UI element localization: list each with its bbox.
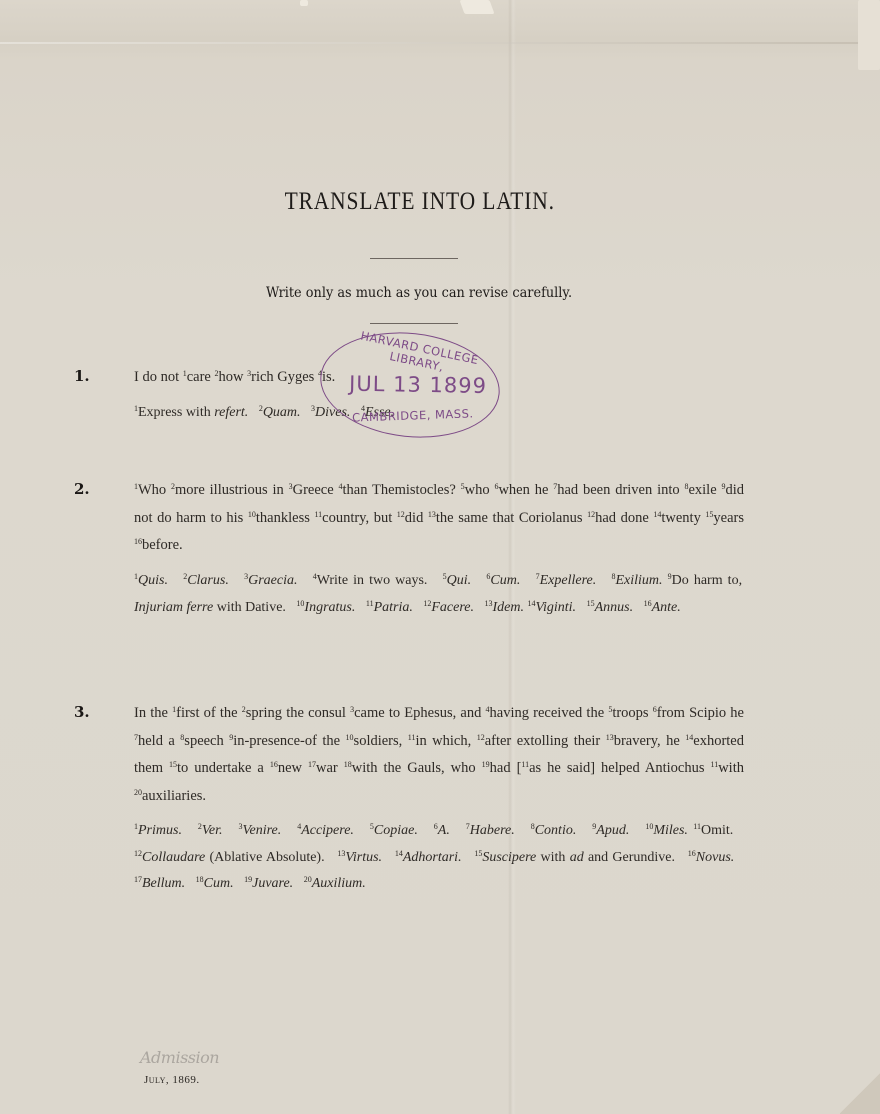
question-2: 2.1Who 2more illustrious in 3Greece 4tha… bbox=[104, 476, 744, 560]
question-number: 3. bbox=[104, 699, 134, 727]
stamp-date: JUL 13 1899 bbox=[343, 372, 493, 399]
horizontal-fold-crease bbox=[0, 42, 880, 44]
question-text: I do not 1care 2how 3rich Gyges 4is. bbox=[134, 369, 335, 385]
question-text: 1Who 2more illustrious in 3Greece 4than … bbox=[134, 482, 744, 553]
question-2-notes: 1Quis. 2Clarus. 3Graecia. 4Write in two … bbox=[134, 568, 742, 621]
paper-tear bbox=[300, 0, 308, 6]
question-number: 1. bbox=[104, 363, 134, 391]
paper-tear bbox=[459, 0, 494, 14]
divider-rule bbox=[370, 258, 458, 259]
footer-date: July, 1869. bbox=[144, 1074, 200, 1086]
question-3: 3.In the 1first of the 2spring the consu… bbox=[104, 699, 744, 810]
corner-fold bbox=[840, 1072, 880, 1114]
question-3-notes: 1Primus. 2Ver. 3Venire. 4Accipere. 5Copi… bbox=[134, 818, 742, 898]
divider-rule bbox=[370, 323, 458, 324]
stamp-bottom-text: CAMBRIDGE, MASS. bbox=[338, 406, 488, 425]
instruction-text: Write only as much as you can revise car… bbox=[34, 285, 805, 301]
question-text: In the 1first of the 2spring the consul … bbox=[134, 705, 744, 804]
pencil-annotation: Admission bbox=[140, 1048, 219, 1067]
page-title: TRANSLATE INTO LATIN. bbox=[59, 188, 781, 216]
paper-edge-crinkle bbox=[858, 0, 880, 70]
question-number: 2. bbox=[104, 476, 134, 504]
